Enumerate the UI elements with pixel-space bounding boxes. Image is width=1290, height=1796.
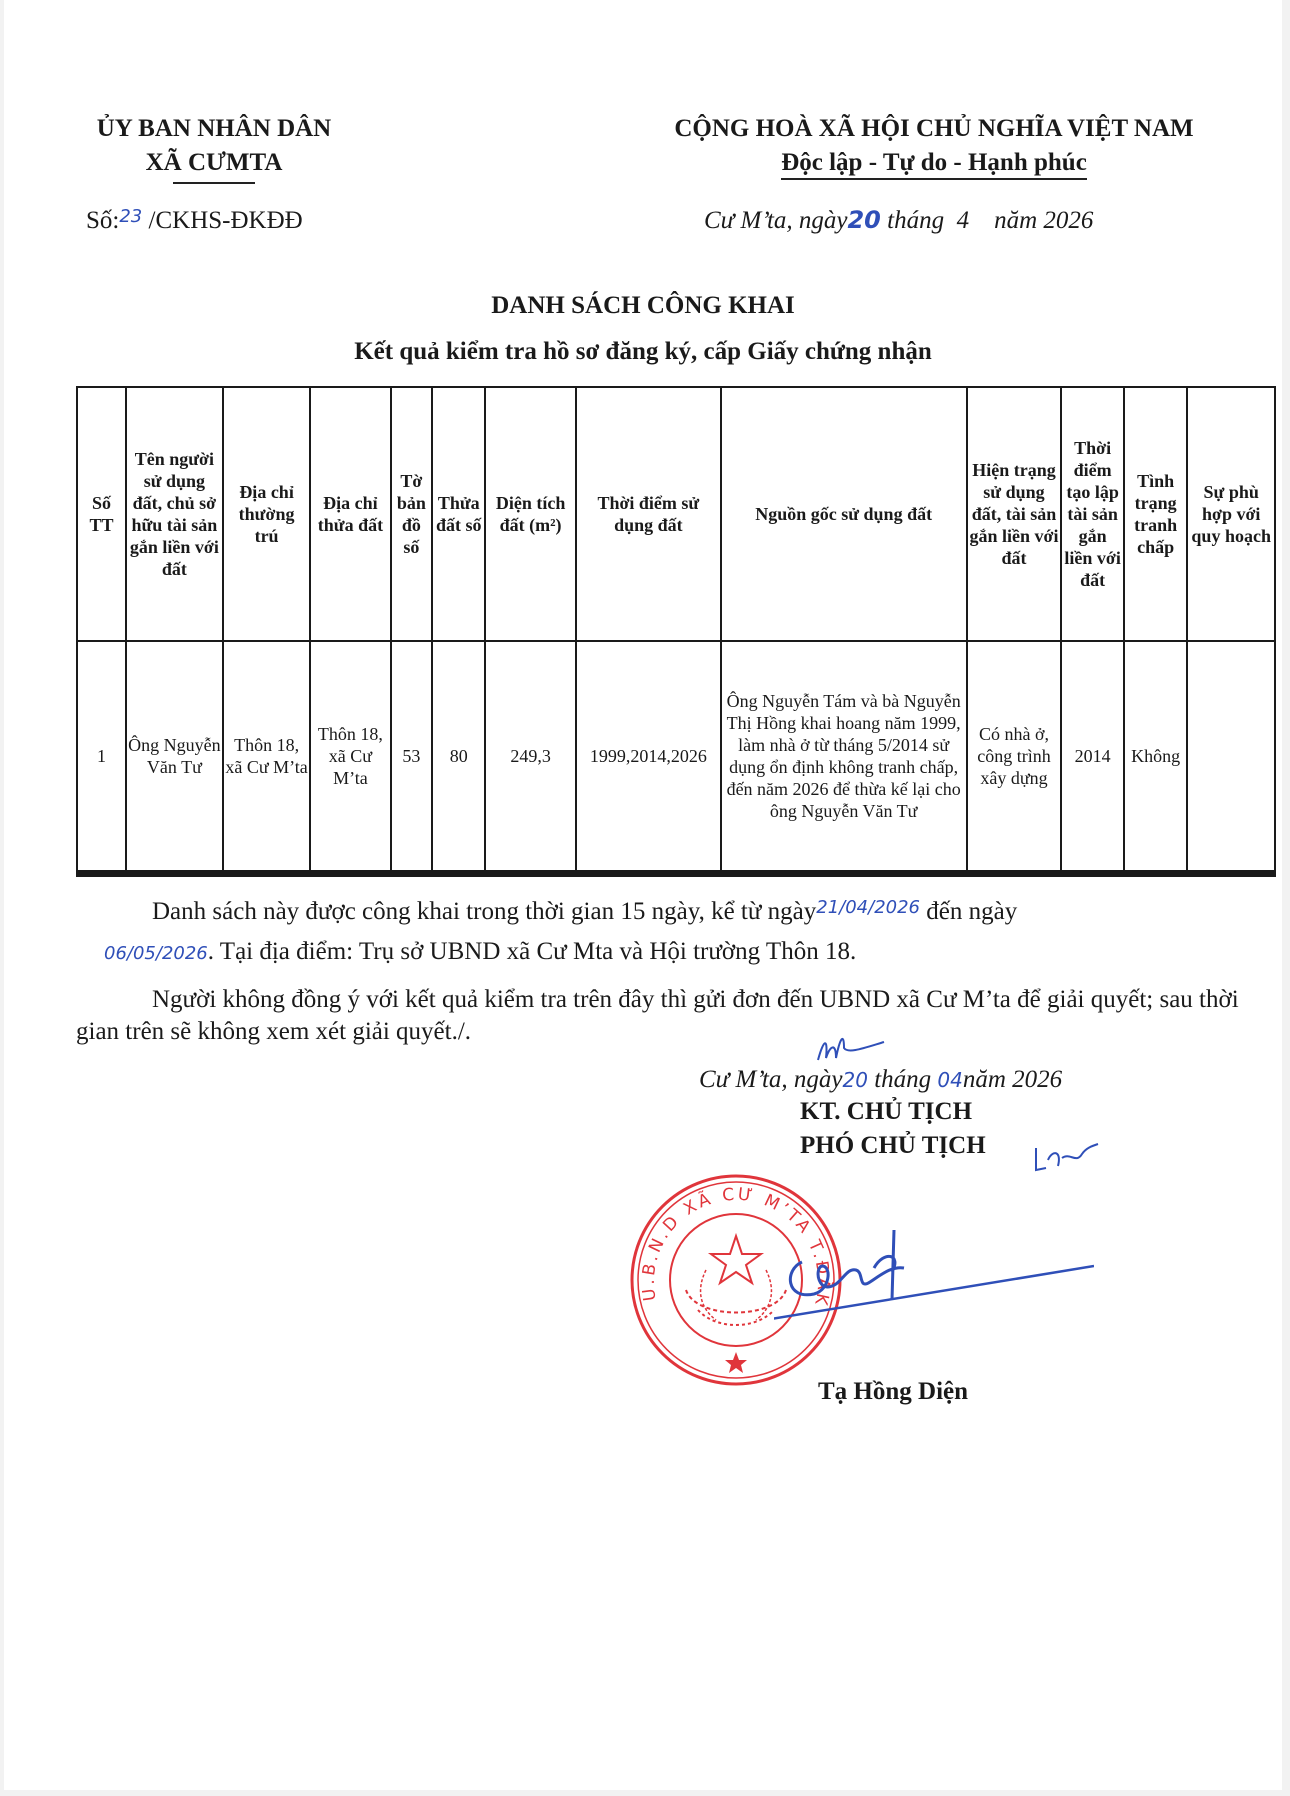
p1-tail: đến ngày [926,898,1017,925]
doc-number-suffix: /CKHS-ĐKĐĐ [142,207,302,234]
table-row: 1 Ông Nguyễn Văn Tư Thôn 18, xã Cư M’ta … [77,641,1275,874]
end-date-handwritten: 06/05/2026 [104,943,208,964]
signatory-name: Tạ Hồng Diện [818,1378,968,1406]
header-use-time: Thời điểm sử dụng đất [576,387,721,641]
table-header-row: Số TT Tên người sử dụng đất, chủ sở hữu … [77,387,1275,641]
doc-number-handwritten: 23 [119,206,142,227]
document-number: Số:23 /CKHS-ĐKĐĐ [86,206,303,235]
cell-area: 249,3 [485,641,576,874]
header-stt: Số TT [77,387,126,641]
document-title: DANH SÁCH CÔNG KHAI [4,292,1282,320]
national-title: CỘNG HOÀ XÃ HỘI CHỦ NGHĨA VIỆT NAM Độc l… [634,112,1234,180]
cell-asset-time: 2014 [1061,641,1124,874]
cell-current-status: Có nhà ở, công trình xây dựng [967,641,1062,874]
handwritten-signature-icon [774,1210,1094,1330]
cell-parcel-no: 80 [432,641,485,874]
start-date-handwritten: 21/04/2026 [816,897,920,918]
publication-period-paragraph: Danh sách này được công khai trong thời … [76,892,1246,928]
issuing-authority: ỦY BAN NHÂN DÂN XÃ CƯMTA [84,112,344,184]
handwritten-initials-icon [1032,1138,1102,1178]
issue-place-date: Cư M’ta, ngày20 tháng 4 năm 2026 [704,206,1093,235]
header-current-status: Hiện trạng sử dụng đất, tài sản gắn liền… [967,387,1062,641]
sig-date-prefix: Cư M’ta, ngày [699,1066,842,1093]
signature-date: Cư M’ta, ngày20 tháng 04năm 2026 [699,1066,1062,1094]
header-residence: Địa chỉ thường trú [223,387,311,641]
p2-text: . Tại địa điểm: Trụ sở UBND xã Cư Mta và… [208,938,856,965]
doc-number-prefix: Số: [86,207,119,234]
publication-location-paragraph: 06/05/2026. Tại địa điểm: Trụ sở UBND xã… [104,936,1274,970]
cell-origin: Ông Nguyễn Tám và bà Nguyễn Thị Hồng kha… [721,641,967,874]
signatory-title-2: PHÓ CHỦ TỊCH [800,1132,986,1160]
sig-year: năm 2026 [963,1066,1062,1093]
document-subtitle: Kết quả kiểm tra hồ sơ đăng ký, cấp Giấy… [4,338,1282,366]
cell-residence: Thôn 18, xã Cư M’ta [223,641,311,874]
header-planning: Sự phù hợp với quy hoạch [1187,387,1275,641]
authority-line2: XÃ CƯMTA [84,146,344,180]
sig-month-word: tháng [874,1066,931,1093]
header-dispute: Tình trạng tranh chấp [1124,387,1188,641]
cell-dispute: Không [1124,641,1188,874]
national-motto: Độc lập - Tự do - Hạnh phúc [781,148,1087,180]
public-list-table: Số TT Tên người sử dụng đất, chủ sở hữu … [76,386,1276,877]
cell-owner: Ông Nguyễn Văn Tư [126,641,223,874]
document-page: ỦY BAN NHÂN DÂN XÃ CƯMTA CỘNG HOÀ XÃ HỘI… [4,0,1282,1790]
authority-underline [173,182,255,184]
sig-day-handwritten: 20 [842,1068,867,1092]
place-date-prefix: Cư M’ta, ngày [704,207,847,234]
signatory-title-1: KT. CHỦ TỊCH [800,1098,972,1126]
sig-month-handwritten: 04 [937,1068,962,1092]
cell-planning [1187,641,1275,874]
cell-use-time: 1999,2014,2026 [576,641,721,874]
national-name: CỘNG HOÀ XÃ HỘI CHỦ NGHĨA VIỆT NAM [634,112,1234,146]
place-date-day-handwritten: 20 [847,206,880,234]
header-parcel-address: Địa chỉ thửa đất [310,387,390,641]
header-area: Diện tích đất (m²) [485,387,576,641]
header-map-sheet: Tờ bản đồ số [391,387,433,641]
authority-line1: ỦY BAN NHÂN DÂN [84,112,344,146]
p1-text: Danh sách này được công khai trong thời … [152,898,816,925]
objection-paragraph: Người không đồng ý với kết quả kiểm tra … [76,984,1246,1048]
cell-stt: 1 [77,641,126,874]
header-origin: Nguồn gốc sử dụng đất [721,387,967,641]
handwritten-initials-icon [814,1028,894,1068]
header-parcel-no: Thửa đất số [432,387,485,641]
header-owner: Tên người sử dụng đất, chủ sở hữu tài sả… [126,387,223,641]
place-date-month-year: tháng 4 năm 2026 [881,207,1094,234]
cell-parcel-address: Thôn 18, xã Cư M’ta [310,641,390,874]
header-asset-time: Thời điểm tạo lập tài sản gắn liền với đ… [1061,387,1124,641]
cell-map-sheet: 53 [391,641,433,874]
p3-text: Người không đồng ý với kết quả kiểm tra … [76,986,1239,1045]
